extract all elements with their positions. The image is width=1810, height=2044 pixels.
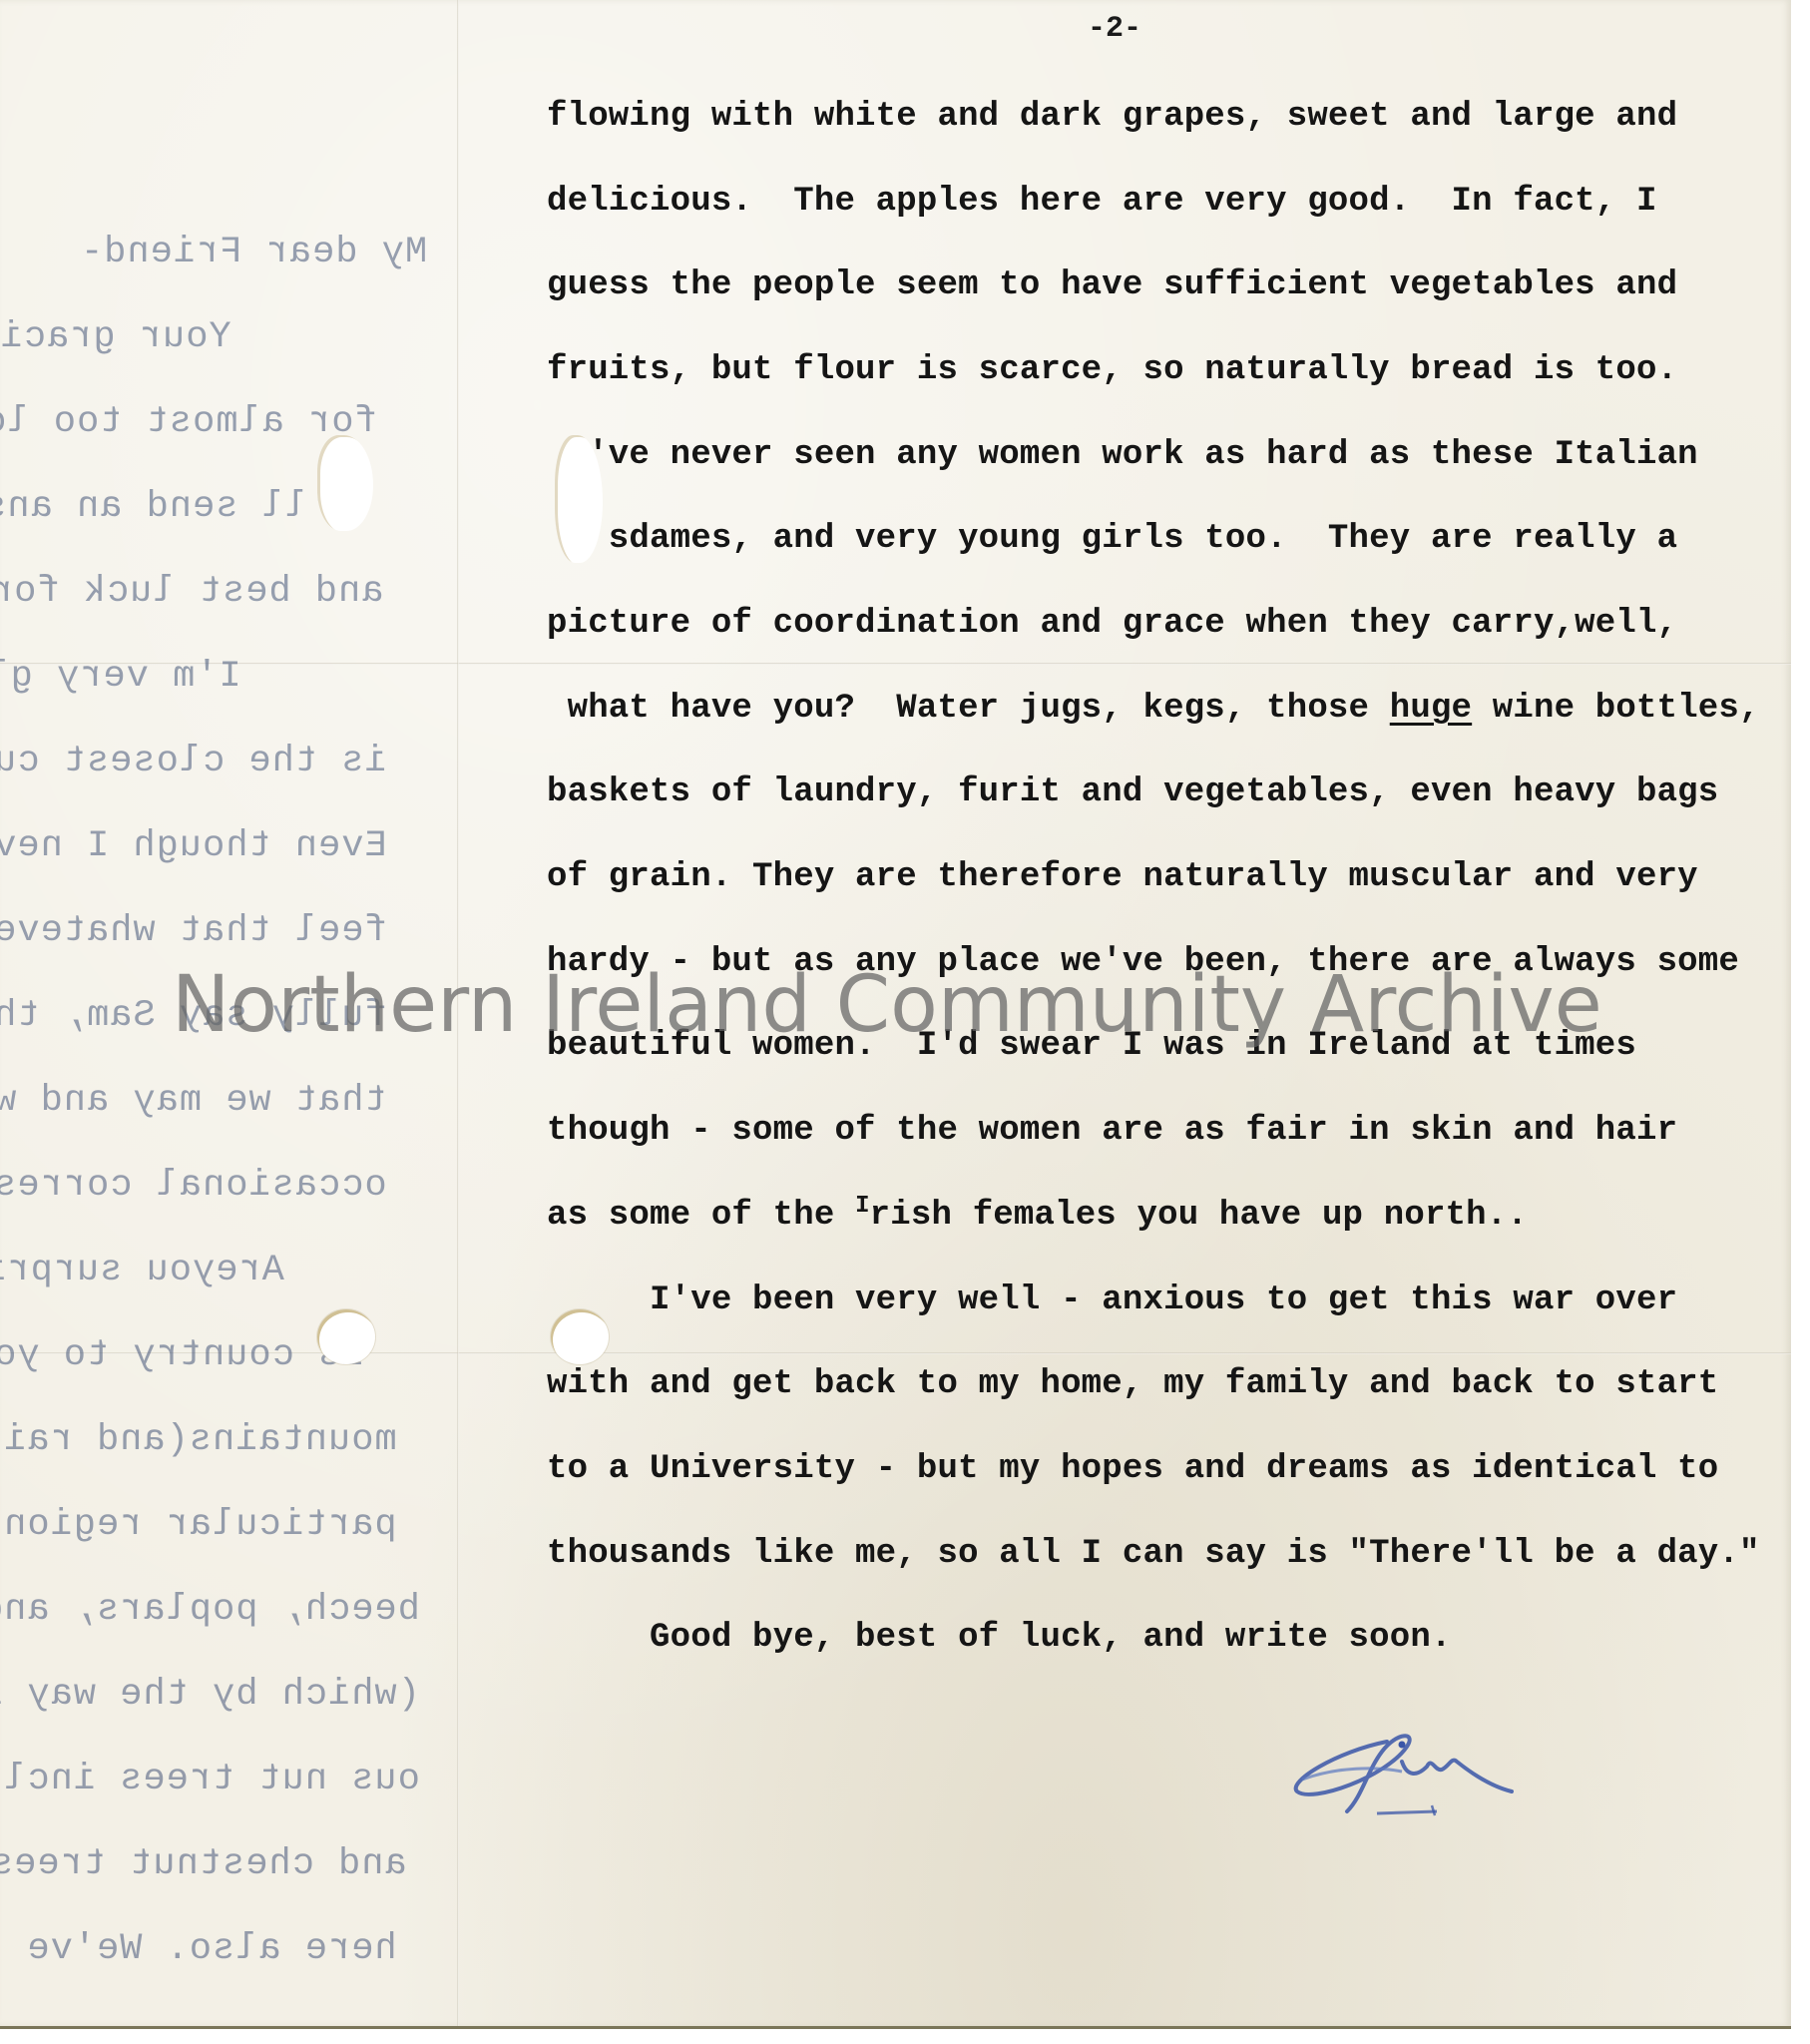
- reverse-line: occasional corresp: [0, 1165, 387, 1207]
- letter-line: beautiful women. I'd swear I was in Irel…: [547, 1029, 1636, 1063]
- reverse-line: I'm very glad: [0, 656, 241, 698]
- letter-line-head: what have you? Water jugs, kegs, those: [547, 690, 1390, 728]
- underlined-word: huge: [1390, 690, 1472, 728]
- reverse-line: Areyou surpris: [0, 1250, 284, 1291]
- reverse-line: Your gracious: [0, 316, 231, 358]
- letter-line: baskets of laundry, furit and vegetables…: [547, 775, 1718, 809]
- letter-line: sdames, and very young girls too. They a…: [547, 522, 1677, 556]
- reverse-line: is country to you: [0, 1334, 363, 1376]
- letter-line: as some of the Irish females you have up…: [547, 1199, 1528, 1233]
- reverse-line: feel that whatever: [0, 910, 387, 952]
- letter-line: to a University - but my hopes and dream…: [547, 1452, 1718, 1486]
- letter-line: guess the people seem to have sufficient…: [547, 268, 1677, 302]
- reverse-line: (which by the way i: [0, 1674, 420, 1716]
- reverse-line: mountains(and rain: [0, 1419, 397, 1461]
- letter-line: picture of coordination and grace when t…: [547, 607, 1677, 641]
- letter-line: fruits, but flour is scarce, so naturall…: [547, 353, 1677, 387]
- letter-line: of grain. They are therefore naturally m…: [547, 860, 1698, 894]
- letter-line-head: as some of the: [547, 1197, 855, 1235]
- reverse-line: Even though I neve: [0, 825, 387, 867]
- reverse-line: here also. We've b: [0, 1928, 397, 1970]
- reverse-line: that we may and wi: [0, 1080, 387, 1122]
- letter-line: Good bye, best of luck, and write soon.: [547, 1621, 1452, 1655]
- letter-line: flowing with white and dark grapes, swee…: [547, 100, 1677, 134]
- handwritten-signature: Bill: [1277, 1712, 1537, 1821]
- reverse-line: and chestnut trees: [0, 1843, 407, 1885]
- letter-line: delicious. The apples here are very good…: [547, 185, 1657, 219]
- reverse-line: beech, poplars, and: [0, 1589, 420, 1631]
- letter-line-tail: rish females you have up north..: [870, 1197, 1528, 1235]
- letter-line: I've been very well - anxious to get thi…: [547, 1283, 1677, 1317]
- letter-line: hardy - but as any place we've been, the…: [547, 945, 1739, 979]
- superscript-letter: I: [855, 1193, 870, 1220]
- letter-line: what have you? Water jugs, kegs, those h…: [547, 692, 1760, 726]
- reverse-line: and best luck for: [0, 571, 383, 613]
- reverse-line: is the closest cul: [0, 741, 387, 782]
- torn-punch-hole: [317, 435, 373, 531]
- punch-hole: [317, 1309, 375, 1364]
- letter-line: with and get back to my home, my family …: [547, 1367, 1718, 1401]
- reverse-side-strip: My dear Friend- Your gracious for almost…: [0, 0, 439, 2026]
- reverse-line: for almost too lon: [0, 401, 377, 443]
- letter-page: My dear Friend- Your gracious for almost…: [0, 0, 1791, 2029]
- reverse-line: ous nut trees inclu: [0, 1759, 420, 1800]
- letter-line: though - some of the women are as fair i…: [547, 1114, 1677, 1148]
- letter-line: 've never seen any women work as hard as…: [547, 438, 1698, 472]
- reverse-line: particular region,: [0, 1504, 397, 1546]
- reverse-line: fully say Sam, tha: [0, 995, 387, 1037]
- letter-line: thousands like me, so all I can say is "…: [547, 1537, 1760, 1571]
- page-number: -2-: [1088, 12, 1141, 46]
- vertical-fold-crease: [457, 0, 459, 2026]
- reverse-line: My dear Friend-: [80, 232, 427, 273]
- reverse-line: 'll send an answ: [0, 486, 330, 528]
- letter-line-tail: wine bottles,: [1472, 690, 1759, 728]
